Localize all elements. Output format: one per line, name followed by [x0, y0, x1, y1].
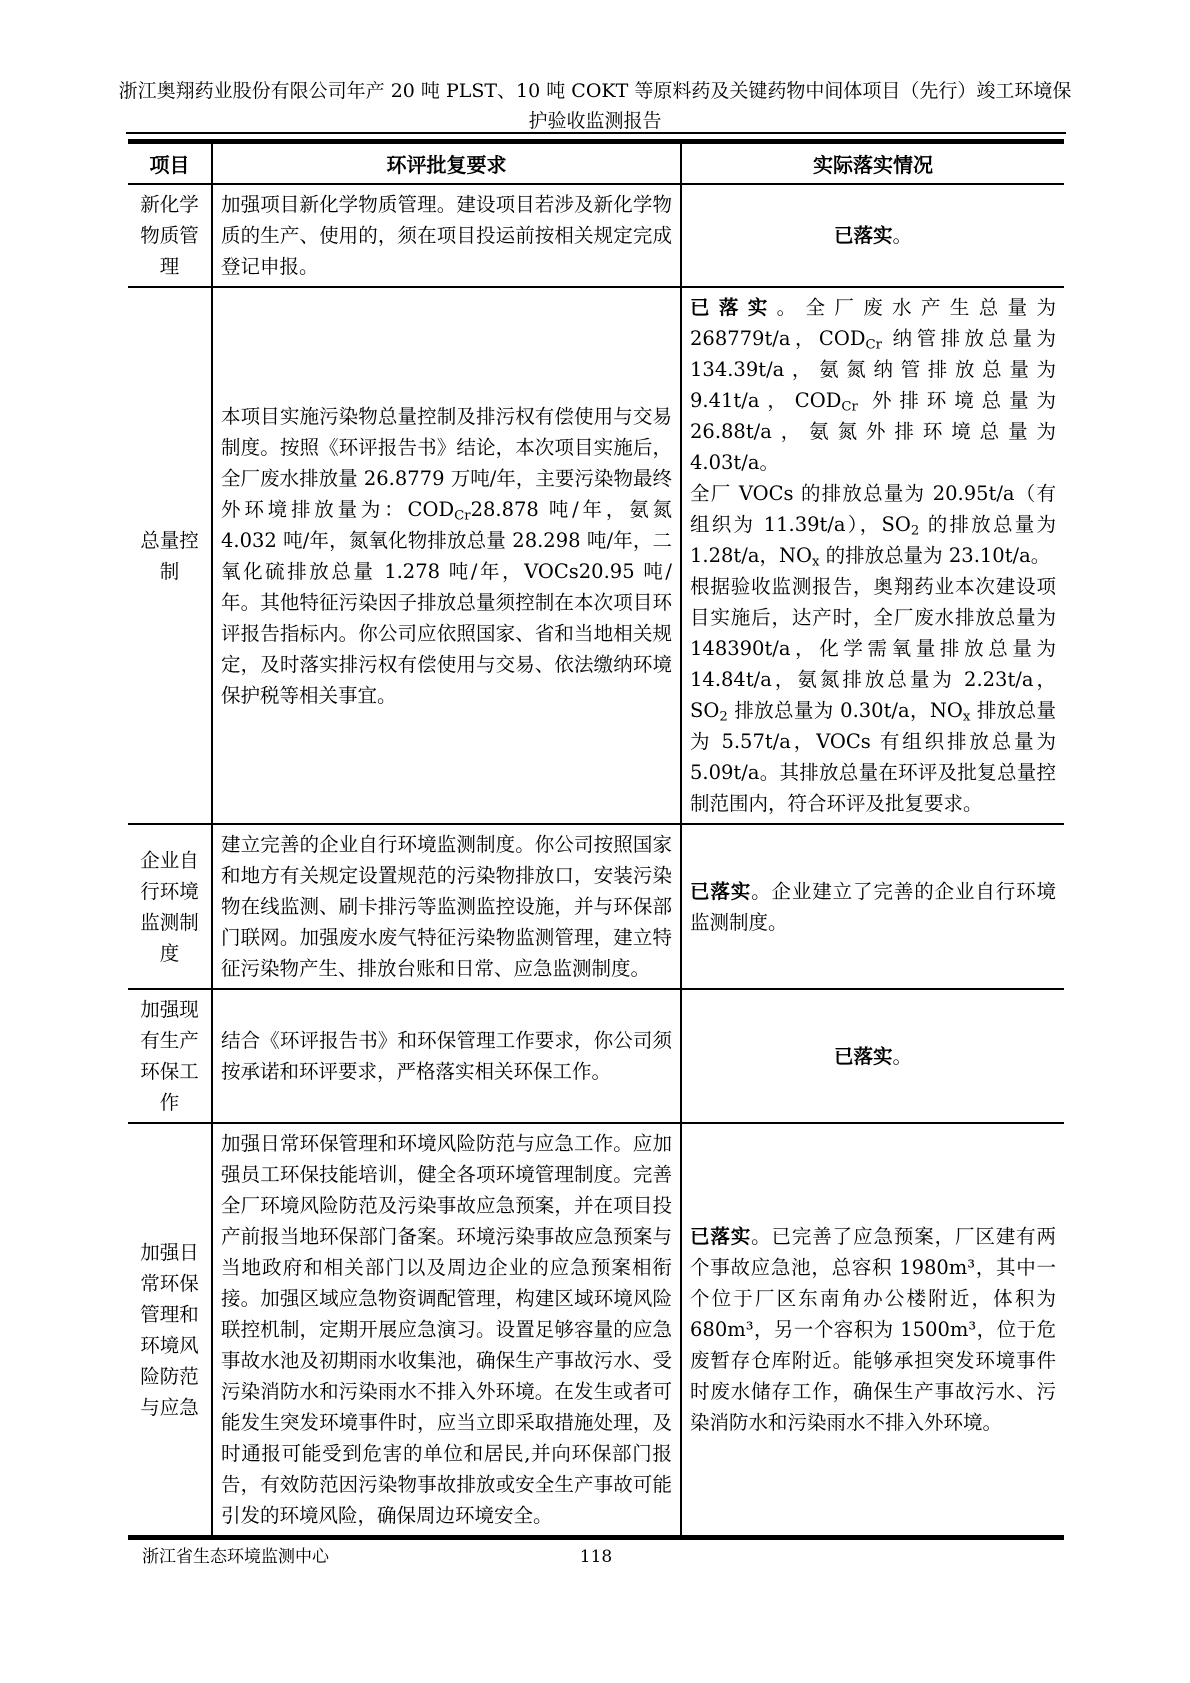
item-cell: 新化学物质管理 [128, 184, 212, 287]
header-divider [126, 132, 1066, 134]
table-row: 新化学物质管理 加强项目新化学物质管理。建设项目若涉及新化学物质的生产、使用的，… [128, 184, 1064, 287]
column-header-requirement: 环评批复要求 [212, 142, 681, 185]
table-row: 加强现有生产环保工作 结合《环评报告书》和环保管理工作要求，你公司须按承诺和环评… [128, 989, 1064, 1123]
requirement-cell: 加强日常环保管理和环境风险防范与应急工作。应加强员工环保技能培训，健全各项环境管… [212, 1123, 681, 1538]
requirement-cell: 结合《环评报告书》和环保管理工作要求，你公司须按承诺和环评要求，严格落实相关环保… [212, 989, 681, 1123]
table-row: 总量控制 本项目实施污染物总量控制及排污权有偿使用与交易制度。按照《环评报告书》… [128, 287, 1064, 824]
implementation-cell: 已落实。 [681, 989, 1064, 1123]
implementation-cell: 已落实。企业建立了完善的企业自行环境监测制度。 [681, 824, 1064, 989]
page-title: 浙江奥翔药业股份有限公司年产 20 吨 PLST、10 吨 COKT 等原料药及… [112, 76, 1078, 136]
table-row: 企业自行环境监测制度 建立完善的企业自行环境监测制度。你公司按照国家和地方有关规… [128, 824, 1064, 989]
item-cell: 总量控制 [128, 287, 212, 824]
approval-requirements-table: 项目 环评批复要求 实际落实情况 新化学物质管理 加强项目新化学物质管理。建设项… [128, 139, 1064, 1540]
column-header-implementation: 实际落实情况 [681, 142, 1064, 185]
report-page: 浙江奥翔药业股份有限公司年产 20 吨 PLST、10 吨 COKT 等原料药及… [0, 0, 1190, 1683]
footer-organization: 浙江省生态环境监测中心 [142, 1546, 329, 1568]
implementation-cell: 已落实。 [681, 184, 1064, 287]
column-header-item: 项目 [128, 142, 212, 185]
item-cell: 加强日常环保管理和环境风险防范与应急 [128, 1123, 212, 1538]
implementation-cell: 已落实。全厂废水产生总量为 268779t/a，CODCr 纳管排放总量为 13… [681, 287, 1064, 824]
table-header-row: 项目 环评批复要求 实际落实情况 [128, 142, 1064, 185]
item-cell: 企业自行环境监测制度 [128, 824, 212, 989]
requirement-cell: 加强项目新化学物质管理。建设项目若涉及新化学物质的生产、使用的，须在项目投运前按… [212, 184, 681, 287]
requirement-cell: 建立完善的企业自行环境监测制度。你公司按照国家和地方有关规定设置规范的污染物排放… [212, 824, 681, 989]
implementation-cell: 已落实。已完善了应急预案，厂区建有两个事故应急池，总容积 1980m³，其中一个… [681, 1123, 1064, 1538]
table-row: 加强日常环保管理和环境风险防范与应急 加强日常环保管理和环境风险防范与应急工作。… [128, 1123, 1064, 1538]
requirement-cell: 本项目实施污染物总量控制及排污权有偿使用与交易制度。按照《环评报告书》结论，本次… [212, 287, 681, 824]
item-cell: 加强现有生产环保工作 [128, 989, 212, 1123]
